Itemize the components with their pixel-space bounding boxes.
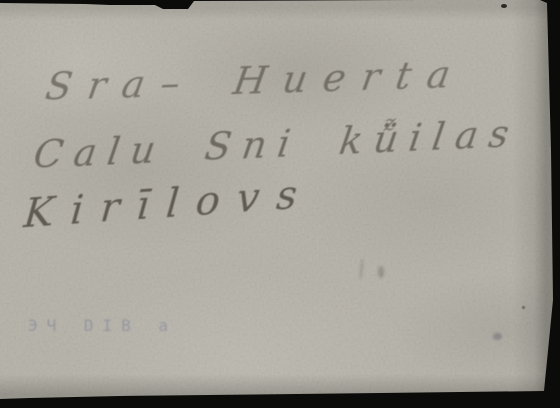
scanned-note: Sra– Huerta Calu Sni küilas z Kirīlovs Э… — [0, 0, 560, 408]
paper-sheet: Sra– Huerta Calu Sni küilas z Kirīlovs Э… — [0, 0, 560, 408]
paper-edge-shadow — [0, 0, 560, 408]
